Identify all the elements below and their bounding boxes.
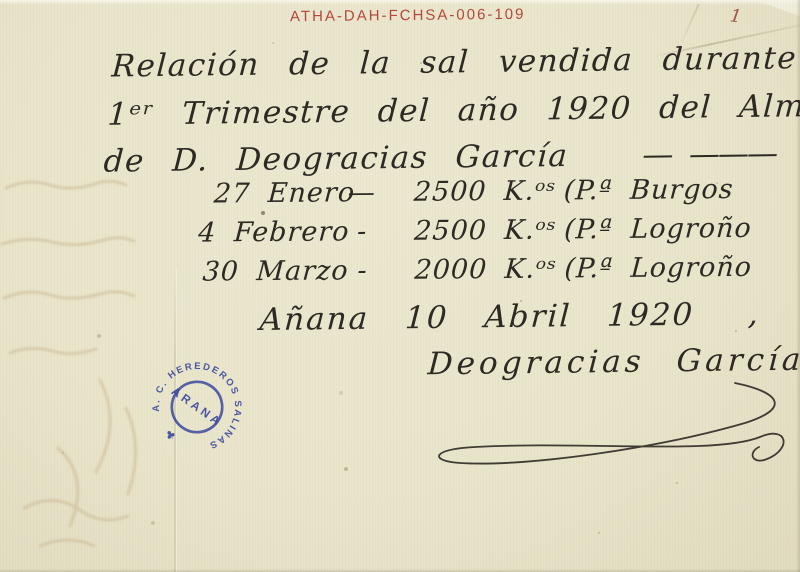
heading-line-3: de D. Deogracias García—————— (103, 134, 800, 179)
signature-name: Deogracias García (427, 342, 800, 383)
entry-destination: (P.ª Logroño (558, 252, 753, 285)
heading-line-3-name: de D. Deogracias García (103, 138, 570, 180)
heading-line-2: 1ᵉʳ Trimestre del año 1920 del Almacén (107, 87, 800, 132)
entry-dash: — (337, 177, 387, 208)
stamp-club-symbol-icon: ♣ (162, 426, 178, 443)
signature-flourish (415, 375, 800, 475)
archival-reference-number: ATHA-DAH-FCHSA-006-109 (290, 6, 526, 25)
heirs-salinas-stamp: A. C. HEREDEROS SALINAS ARANA ♣ (131, 341, 263, 473)
entry-unit: K.ᵒˢ (497, 175, 559, 207)
entry-dash: - (338, 255, 388, 286)
entry-destination: (P.ª Logroño (557, 213, 752, 246)
sale-entry-row: 4 Febrero - 2500 K.ᵒˢ (P.ª Logroño (197, 212, 799, 256)
entry-quantity: 2500 (385, 176, 499, 208)
sale-entry-row: 30 Marzo - 2000 K.ᵒˢ (P.ª Logroño (197, 251, 799, 295)
paper-top-edge (0, 0, 800, 5)
dateline-comma: , (747, 296, 761, 332)
entry-date: 30 Marzo (198, 255, 340, 287)
heading-dash-b: ——— (688, 135, 777, 172)
entry-destination: (P.ª Burgos (557, 174, 735, 207)
scanned-document-page: ATHA-DAH-FCHSA-006-109 1 Relación de la … (0, 0, 800, 572)
heading-dash-a: — (641, 137, 676, 173)
entry-date: 4 Febrero (197, 216, 339, 248)
entry-unit: K.ᵒˢ (497, 214, 559, 246)
heading-line-1: Relación de la sal vendida durante el (111, 39, 800, 84)
entry-date: 27 Enero (197, 177, 339, 209)
dateline-text: Añana 10 Abril 1920 (259, 297, 695, 338)
entry-quantity: 2000 (386, 254, 500, 286)
paper-corner-sliver (754, 0, 800, 16)
entry-unit: K.ᵒˢ (498, 253, 560, 285)
entry-dash: - (337, 216, 387, 247)
sale-entry-row: 27 Enero — 2500 K.ᵒˢ (P.ª Burgos (196, 173, 798, 217)
paper-specks (0, 0, 2, 2)
page-number: 1 (729, 5, 743, 27)
entry-quantity: 2500 (385, 215, 499, 247)
sale-entries-list: 27 Enero — 2500 K.ᵒˢ (P.ª Burgos 4 Febre… (198, 173, 799, 295)
dateline: Añana 10 Abril 1920, (259, 296, 761, 338)
